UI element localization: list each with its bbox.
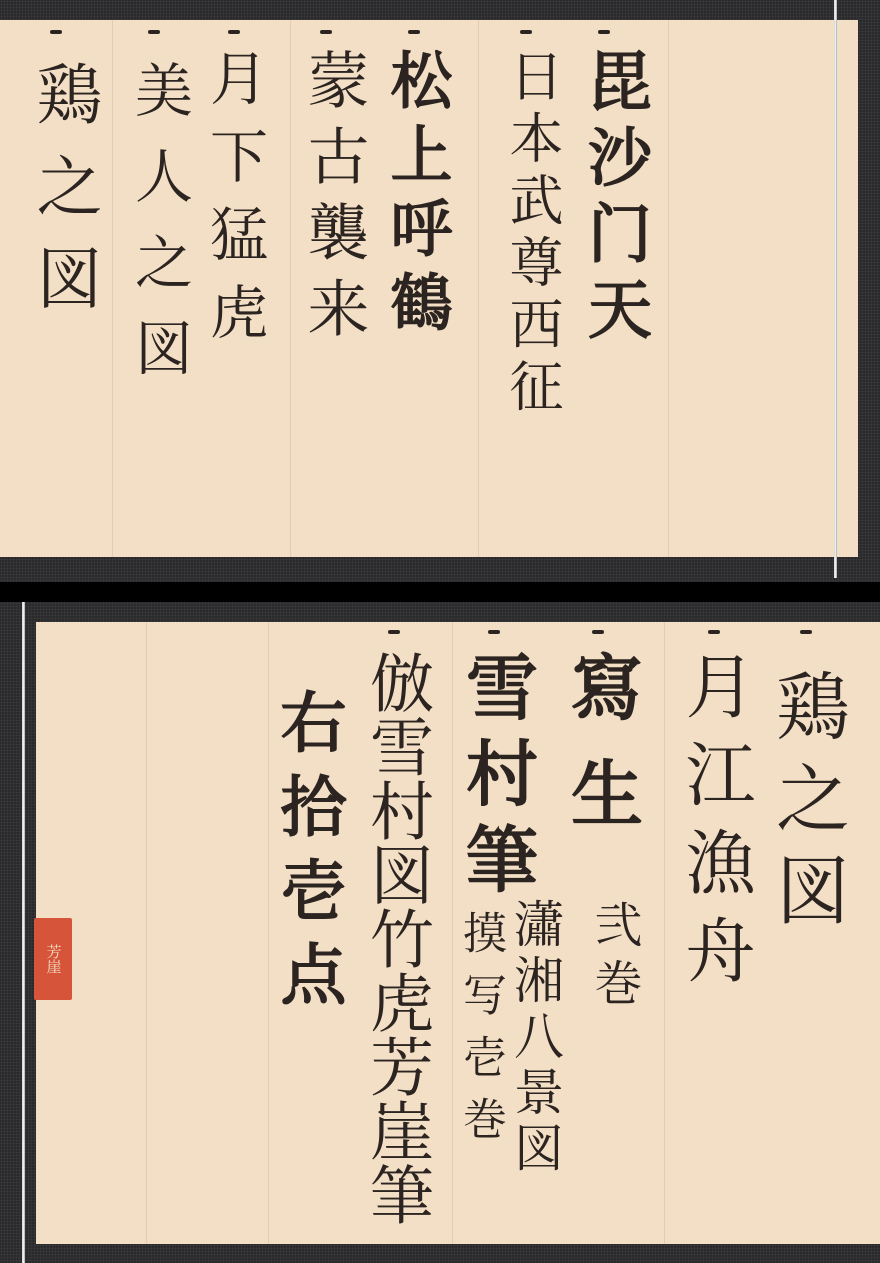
column-beauty: 美人之図 (130, 60, 188, 404)
column-rooster-top: 鶏之図 (30, 60, 96, 336)
column-sesson-note-b: 摸写壱巻 (458, 910, 502, 1158)
column-total: 右拾壱点 (275, 688, 341, 1024)
column-sketch-note: 弐巻 (590, 900, 638, 1016)
column-tiger: 月下猛虎 (205, 48, 263, 360)
top-glass-edge (834, 0, 837, 578)
column-homage: 倣雪村図竹虎芳崖筆 (364, 650, 428, 1226)
column-bishamonten: 毘沙门天 (582, 48, 646, 352)
column-moon-river: 月江漁舟 (680, 650, 750, 1002)
bottom-glass-edge (22, 602, 25, 1263)
column-crane: 松上呼鶴 (385, 48, 447, 344)
column-sesson-note-a: 瀟湘八景図 (510, 898, 560, 1178)
column-mongol: 蒙古襲来 (302, 48, 364, 352)
column-rooster-bottom: 鶏之図 (770, 668, 844, 944)
artist-seal: 芳崖 (34, 918, 72, 1000)
column-sketch: 寫生 (565, 650, 637, 862)
column-yamato-takeru: 日本武尊西征 (505, 48, 559, 420)
column-sesson: 雪村筆 (460, 650, 532, 908)
